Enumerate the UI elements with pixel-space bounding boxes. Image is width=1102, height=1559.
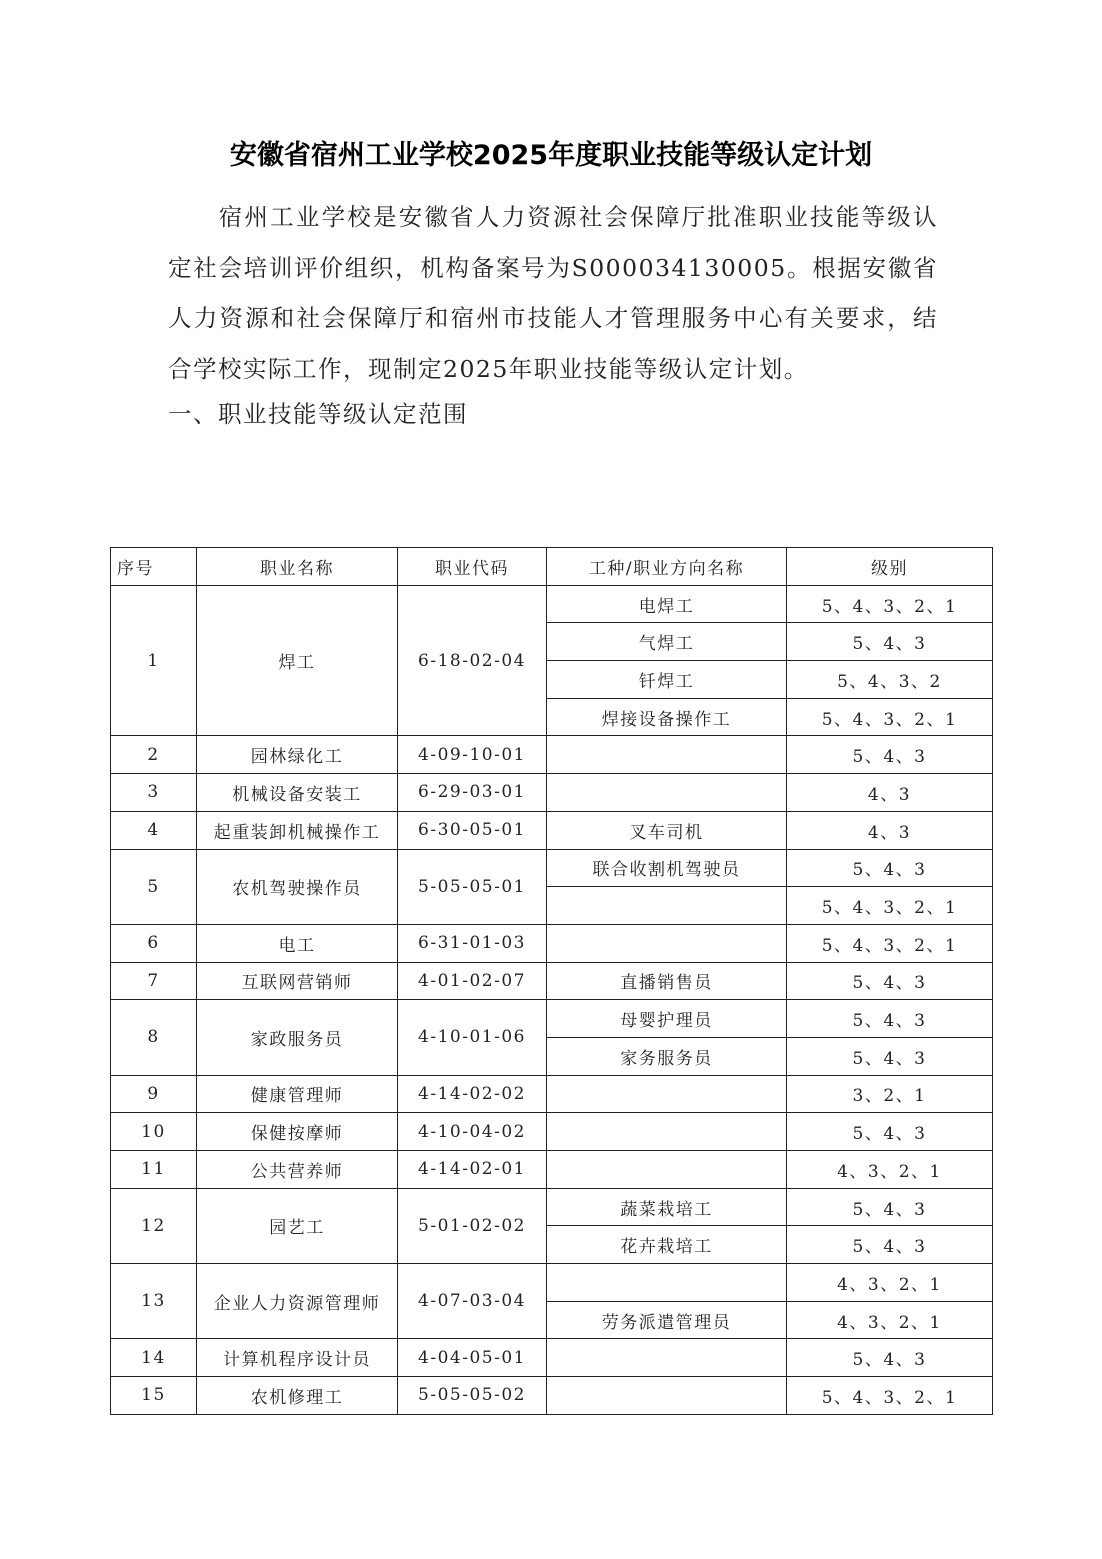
cell-seq: 2	[111, 736, 197, 774]
cell-levels: 5、4、3	[787, 736, 993, 774]
cell-occupation-name: 健康管理师	[197, 1075, 398, 1113]
table-row: 6电工6-31-01-035、4、3、2、1	[111, 924, 993, 962]
cell-direction: 叉车司机	[547, 811, 787, 849]
cell-seq: 1	[111, 585, 197, 736]
cell-occupation-code: 4-01-02-07	[398, 962, 547, 1000]
cell-direction: 家务服务员	[547, 1037, 787, 1075]
cell-levels: 5、4、3	[787, 1000, 993, 1038]
cell-occupation-code: 5-05-05-01	[398, 849, 547, 924]
certification-scope-table: 序号 职业名称 职业代码 工种/职业方向名称 级别 1焊工6-18-02-04电…	[110, 547, 993, 1415]
cell-occupation-code: 4-14-02-02	[398, 1075, 547, 1113]
cell-direction	[547, 1113, 787, 1151]
cell-occupation-name: 家政服务员	[197, 1000, 398, 1075]
section-heading: 一、职业技能等级认定范围	[168, 394, 468, 434]
cell-occupation-code: 6-18-02-04	[398, 585, 547, 736]
cell-occupation-code: 4-04-05-01	[398, 1339, 547, 1377]
cell-occupation-code: 4-10-04-02	[398, 1113, 547, 1151]
document-title: 安徽省宿州工业学校2025年度职业技能等级认定计划	[0, 133, 1102, 172]
cell-levels: 4、3	[787, 811, 993, 849]
table-header-row: 序号 职业名称 职业代码 工种/职业方向名称 级别	[111, 548, 993, 586]
cell-levels: 5、4、3	[787, 623, 993, 661]
cell-occupation-name: 农机修理工	[197, 1377, 398, 1415]
table-row: 10保健按摩师4-10-04-025、4、3	[111, 1113, 993, 1151]
cell-direction	[547, 924, 787, 962]
cell-direction: 焊接设备操作工	[547, 698, 787, 736]
cell-occupation-code: 6-31-01-03	[398, 924, 547, 962]
cell-occupation-name: 机械设备安装工	[197, 774, 398, 812]
cell-occupation-name: 园林绿化工	[197, 736, 398, 774]
cell-occupation-code: 4-10-01-06	[398, 1000, 547, 1075]
cell-direction: 气焊工	[547, 623, 787, 661]
header-occupation-name: 职业名称	[197, 548, 398, 586]
cell-levels: 5、4、3、2	[787, 661, 993, 699]
cell-direction	[547, 774, 787, 812]
cell-direction	[547, 736, 787, 774]
cell-occupation-code: 5-05-05-02	[398, 1377, 547, 1415]
cell-seq: 13	[111, 1264, 197, 1339]
cell-occupation-code: 4-09-10-01	[398, 736, 547, 774]
cell-occupation-name: 焊工	[197, 585, 398, 736]
cell-direction: 电焊工	[547, 585, 787, 623]
cell-levels: 3、2、1	[787, 1075, 993, 1113]
cell-seq: 11	[111, 1151, 197, 1189]
cell-levels: 4、3、2、1	[787, 1264, 993, 1302]
table-row: 4起重装卸机械操作工6-30-05-01叉车司机4、3	[111, 811, 993, 849]
intro-text: 宿州工业学校是安徽省人力资源社会保障厅批准职业技能等级认定社会培训评价组织，机构…	[168, 203, 938, 383]
cell-direction: 蔬菜栽培工	[547, 1188, 787, 1226]
cell-occupation-name: 保健按摩师	[197, 1113, 398, 1151]
cell-occupation-name: 企业人力资源管理师	[197, 1264, 398, 1339]
intro-paragraph: 宿州工业学校是安徽省人力资源社会保障厅批准职业技能等级认定社会培训评价组织，机构…	[168, 192, 938, 394]
cell-occupation-name: 电工	[197, 924, 398, 962]
cell-occupation-code: 4-14-02-01	[398, 1151, 547, 1189]
cell-occupation-name: 互联网营销师	[197, 962, 398, 1000]
cell-levels: 5、4、3	[787, 1037, 993, 1075]
cell-levels: 4、3	[787, 774, 993, 812]
table-row: 12园艺工5-01-02-02蔬菜栽培工5、4、3	[111, 1188, 993, 1226]
cell-occupation-code: 6-29-03-01	[398, 774, 547, 812]
cell-seq: 3	[111, 774, 197, 812]
cell-seq: 8	[111, 1000, 197, 1075]
cell-levels: 5、4、3	[787, 1226, 993, 1264]
cell-occupation-name: 农机驾驶操作员	[197, 849, 398, 924]
header-seq: 序号	[111, 548, 197, 586]
header-direction: 工种/职业方向名称	[547, 548, 787, 586]
table-row: 9健康管理师4-14-02-023、2、1	[111, 1075, 993, 1113]
header-occupation-code: 职业代码	[398, 548, 547, 586]
cell-levels: 5、4、3、2、1	[787, 585, 993, 623]
cell-direction: 花卉栽培工	[547, 1226, 787, 1264]
header-levels: 级别	[787, 548, 993, 586]
cell-levels: 5、4、3	[787, 1188, 993, 1226]
cell-seq: 4	[111, 811, 197, 849]
cell-seq: 12	[111, 1188, 197, 1263]
cell-levels: 5、4、3、2、1	[787, 887, 993, 925]
cell-occupation-name: 计算机程序设计员	[197, 1339, 398, 1377]
cell-seq: 9	[111, 1075, 197, 1113]
cell-direction	[547, 1339, 787, 1377]
cell-occupation-name: 公共营养师	[197, 1151, 398, 1189]
cell-levels: 4、3、2、1	[787, 1301, 993, 1339]
cell-occupation-name: 起重装卸机械操作工	[197, 811, 398, 849]
table-row: 2园林绿化工4-09-10-015、4、3	[111, 736, 993, 774]
cell-direction: 劳务派遣管理员	[547, 1301, 787, 1339]
table-row: 1焊工6-18-02-04电焊工5、4、3、2、1	[111, 585, 993, 623]
cell-direction: 直播销售员	[547, 962, 787, 1000]
cell-occupation-code: 5-01-02-02	[398, 1188, 547, 1263]
cell-levels: 5、4、3	[787, 1339, 993, 1377]
cell-occupation-code: 6-30-05-01	[398, 811, 547, 849]
cell-seq: 6	[111, 924, 197, 962]
cell-direction: 钎焊工	[547, 661, 787, 699]
cell-seq: 7	[111, 962, 197, 1000]
cell-occupation-name: 园艺工	[197, 1188, 398, 1263]
table-row: 14计算机程序设计员4-04-05-015、4、3	[111, 1339, 993, 1377]
cell-levels: 5、4、3、2、1	[787, 698, 993, 736]
cell-direction	[547, 1151, 787, 1189]
cell-direction	[547, 887, 787, 925]
cell-seq: 5	[111, 849, 197, 924]
cell-levels: 5、4、3	[787, 849, 993, 887]
table-row: 11公共营养师4-14-02-014、3、2、1	[111, 1151, 993, 1189]
cell-levels: 5、4、3、2、1	[787, 924, 993, 962]
table-row: 13企业人力资源管理师4-07-03-044、3、2、1	[111, 1264, 993, 1302]
cell-direction	[547, 1377, 787, 1415]
cell-levels: 5、4、3	[787, 962, 993, 1000]
cell-levels: 4、3、2、1	[787, 1151, 993, 1189]
table-row: 7互联网营销师4-01-02-07直播销售员5、4、3	[111, 962, 993, 1000]
cell-direction: 联合收割机驾驶员	[547, 849, 787, 887]
cell-direction	[547, 1264, 787, 1302]
table-row: 3机械设备安装工6-29-03-014、3	[111, 774, 993, 812]
table-row: 5农机驾驶操作员5-05-05-01联合收割机驾驶员5、4、3	[111, 849, 993, 887]
cell-occupation-code: 4-07-03-04	[398, 1264, 547, 1339]
cell-direction: 母婴护理员	[547, 1000, 787, 1038]
cell-levels: 5、4、3、2、1	[787, 1377, 993, 1415]
table-row: 8家政服务员4-10-01-06母婴护理员5、4、3	[111, 1000, 993, 1038]
cell-levels: 5、4、3	[787, 1113, 993, 1151]
cell-direction	[547, 1075, 787, 1113]
cell-seq: 14	[111, 1339, 197, 1377]
cell-seq: 15	[111, 1377, 197, 1415]
cell-seq: 10	[111, 1113, 197, 1151]
table-row: 15农机修理工5-05-05-025、4、3、2、1	[111, 1377, 993, 1415]
